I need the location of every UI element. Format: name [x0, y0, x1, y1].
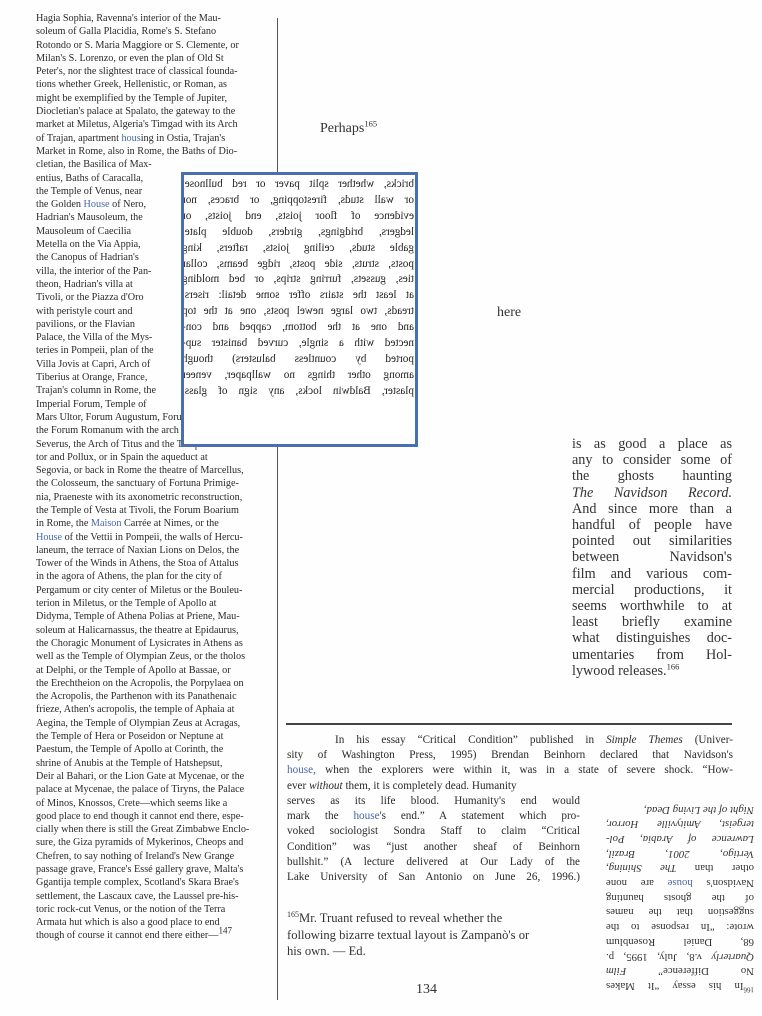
footnote-line: tergeist, Amityville Horror,	[606, 817, 754, 832]
text-line: at Delphi, or the Temple of Apollo at Ba…	[36, 665, 231, 676]
text-line: cletian, the Basilica of Max-	[36, 159, 152, 170]
mirrored-line: among other things no wallpaper, veneer	[182, 368, 414, 384]
footnote-number: 166	[744, 986, 755, 994]
house-word: House	[84, 199, 110, 210]
text-line: in Rome, the Maison Carrée at Nimes, or …	[36, 518, 219, 529]
text-fragment: Navidson's	[693, 877, 754, 889]
text-line: Peter's, nor the slightest trace of clas…	[36, 66, 238, 77]
footnote-line: suggestion that the names	[606, 905, 754, 920]
page-number: 134	[416, 982, 437, 998]
text-line: Trajan's column in Rome, the	[36, 385, 156, 396]
text-line: soleum at Halicarnassus, the theatre at …	[36, 625, 239, 636]
text-fragment: In his essay “It Makes	[606, 980, 744, 992]
text-fragment: mark the	[287, 810, 353, 822]
perhaps-word: Perhaps165	[320, 121, 377, 137]
text-line: entius, Baths of Caracalla,	[36, 173, 143, 184]
text-line: market at Miletus, Algeria's Timgad with…	[36, 119, 238, 130]
house-word: hous	[121, 133, 140, 144]
text-line: mercial productions, it	[572, 582, 732, 598]
footnote-line: of the ghosts haunting	[606, 890, 754, 905]
text-line: the ghosts haunting	[572, 468, 732, 484]
footnote-ref-166: 166	[667, 661, 680, 671]
text-line: Villa Jovis at Capri, Arch of	[36, 359, 150, 370]
text-line: Aegina, the Temple of Olympian Zeus at A…	[36, 718, 240, 729]
text-line: umentaries from Hol-	[572, 647, 732, 663]
text-line: Palace, the Villa of the Mys-	[36, 332, 152, 343]
text-fragment: are none	[606, 877, 668, 889]
text-line: Hagia Sophia, Ravenna's interior of the …	[36, 13, 221, 24]
house-word: house,	[287, 764, 316, 776]
text-line: settlement, the Lascaux cave, the Lausse…	[36, 891, 239, 902]
text-line: passage grave, France's Essé gallery gra…	[36, 864, 243, 875]
mirrored-line: gable studs, ceiling joists, rafters, ki…	[182, 241, 414, 257]
footnote-text: Mr. Truant refused to reveal whether the…	[287, 911, 529, 958]
mirrored-line: ties, gussets, furring strips, or bed mo…	[182, 272, 414, 288]
footnote-165: 165Mr. Truant refused to reveal whether …	[287, 910, 547, 960]
text-line: Market in Rome, also in Rome, the Baths …	[36, 146, 237, 157]
text-line: well as the Temple of Olympian Zeus, or …	[36, 651, 245, 662]
text-line: good place to end though it cannot end t…	[36, 811, 244, 822]
footnote-line: In his essay “Critical Condition” publis…	[287, 733, 733, 748]
text-fragment: of Trajan, apartment	[36, 133, 121, 144]
text-line: teries in Pompeii, plan of the	[36, 345, 154, 356]
text-line: Paestum, the Temple of Apollo at Corinth…	[36, 744, 223, 755]
mirrored-line: treads, two large newel posts, one at th…	[182, 304, 414, 320]
film-title: The Shining,	[606, 862, 676, 874]
text-line: seems worthwhile to at	[572, 598, 732, 614]
text-line: is as good a place as	[572, 436, 732, 452]
footnote-line: Lawrence of Arabia, Pol-	[606, 831, 754, 846]
text-line: the Temple of Hera or Poseidon or Neptun…	[36, 731, 224, 742]
text-line: frieze, Athen's acropolis, the temple of…	[36, 704, 234, 715]
maison-word: Maison	[91, 518, 122, 529]
text-line: pavilions, or the Flavian	[36, 319, 135, 330]
text-line: any to consider some of	[572, 452, 732, 468]
footnote-line: 68, Daniel Rosenblum	[606, 934, 754, 949]
text-line: villa, the interior of the Pan-	[36, 266, 151, 277]
here-word: here	[497, 305, 521, 321]
text-line: with peristyle court and	[36, 306, 132, 317]
text-line: lywood releases.166	[572, 663, 732, 679]
text-fragment: lywood releases.	[572, 663, 667, 679]
text-fragment: other than	[676, 862, 754, 874]
text-line: Segovia, or back in Rome the theatre of …	[36, 465, 244, 476]
text-line: Mausoleum of Caecilia	[36, 226, 131, 237]
text-line: Ggantija temple complex, Scotland's Skar…	[36, 877, 239, 888]
house-word: house	[353, 810, 379, 822]
footnote-line: wrote: “In response to the	[606, 919, 754, 934]
text-line: sure, the Giza pyramids of Mykerinos, Ch…	[36, 837, 243, 848]
text-line: pointed out similarities	[572, 533, 732, 549]
mirrored-line: plaster, Baldwin locks, any sign of glas…	[182, 384, 414, 400]
text-fragment: (Univer-	[683, 734, 733, 746]
text-line: the Acropolis, the Parthenon with its Pa…	[36, 691, 237, 702]
footnote-line: 166In his essay “It Makes	[606, 978, 754, 993]
left-column-text: Hagia Sophia, Ravenna's interior of the …	[36, 12, 266, 943]
text-line: toric rock-cut Venus, or the notion of t…	[36, 904, 225, 915]
footnote-line: Quarterly v.8, July, 1995, p.	[606, 949, 754, 964]
footnote-ref-165: 165	[364, 118, 377, 128]
footnote-ref-147: 147	[218, 926, 232, 936]
mirrored-line: bricks, whether split paver or red bulln…	[182, 177, 414, 193]
text-line: Rotondo or S. Maria Maggiore or S. Cleme…	[36, 40, 239, 51]
narrow-text-block: cletian, the Basilica of Max- entius, Ba…	[36, 158, 176, 411]
house-word: house	[668, 877, 693, 889]
footnote-166-upside-down: 166In his essay “It Makes No Difference”…	[606, 793, 754, 993]
mirrored-line: posts, struts, side posts, ridge beams, …	[182, 257, 414, 273]
footnote-line: Condition” was “just another sheaf of Be…	[287, 840, 580, 855]
footnote-line: Vertigo, 2001, Brazil,	[606, 846, 754, 861]
text-line: film and various com-	[572, 566, 732, 582]
text-fragment: ing in Ostia, Trajan's	[141, 133, 225, 144]
text-line: palace at Mycenae, the palace of Tiryns,…	[36, 784, 244, 795]
journal-title: Film	[606, 965, 626, 977]
footnote-line: Navidson's house are none	[606, 875, 754, 890]
text-line: least briefly examine	[572, 614, 732, 630]
text-line: Pergamum or city center of Miletus or th…	[36, 585, 242, 596]
film-titles: Vertigo, 2001, Brazil,	[606, 848, 754, 860]
text-line: in the agora of Athens, the plan for the…	[36, 571, 222, 582]
column-divider	[277, 18, 278, 1000]
footnote-line: other than The Shining,	[606, 861, 754, 876]
text-fragment: in Rome, the	[36, 518, 91, 529]
text-fragment: Carrée at Nimes, or the	[121, 518, 218, 529]
film-title: The Navidson Record.	[572, 485, 732, 501]
text-line: terion in Miletus, or the Temple of Apol…	[36, 598, 216, 609]
text-fragment: of Nero,	[110, 199, 147, 210]
footnote-line: No Difference” Film	[606, 964, 754, 979]
text-line: Tower of the Winds in Athens, the Stoa o…	[36, 558, 238, 569]
text-line: handful of people have	[572, 517, 732, 533]
footnote-line: mark the house's end.” A statement which…	[287, 809, 580, 824]
mirrored-text: bricks, whether split paver or red bulln…	[182, 177, 414, 400]
text-fragment: ever	[287, 780, 309, 792]
emphasis: without	[309, 780, 343, 792]
text-line: Tiberius at Orange, France,	[36, 372, 147, 383]
mirrored-line: and one at the bottom, capped and con-	[182, 320, 414, 336]
film-titles: tergeist, Amityville Horror,	[606, 818, 754, 830]
text-fragment: In his essay “Critical Condition” publis…	[335, 734, 606, 746]
house-word: House	[36, 532, 62, 543]
text-fragment: v.8, July, 1995, p.	[606, 951, 711, 963]
text-line: Chefren, to say nothing of Ireland's New…	[36, 851, 234, 862]
text-line: Diocletian's palace at Spalato, the gate…	[36, 106, 235, 117]
book-title: Simple Themes	[606, 734, 683, 746]
text-line: And since more than a	[572, 501, 732, 517]
footnote-line: house, when the explorers were within it…	[287, 763, 733, 778]
footnote-164-continued: serves as its life blood. Humanity's end…	[287, 794, 580, 885]
text-line: House of the Vettii in Pompeii, the wall…	[36, 532, 243, 543]
text-line: nia, Praeneste with its axonometric reco…	[36, 492, 242, 503]
text-fragment: 's end.” A statement which pro-	[380, 810, 580, 822]
footnote-line: voked sociologist Sondra Staff to claim …	[287, 824, 580, 839]
footnote-line: Lake University of San Antonio on June 2…	[287, 870, 580, 885]
text-fragment: No Difference”	[626, 965, 754, 977]
text-line: soleum of Galla Placidia, Rome's S. Stef…	[36, 26, 216, 37]
text-line: Armata hut which is also a good place to…	[36, 917, 220, 928]
mirrored-line: ledgers, bridgings, girders, double plat…	[182, 225, 414, 241]
text-line: tions whether Greek, Hellenistic, or Rom…	[36, 79, 227, 90]
footnote-line: sity of Washington Press, 1995) Brendan …	[287, 748, 733, 763]
mirrored-line: evidence of floor joists, end joists, or	[182, 209, 414, 225]
text-line: what distinguishes doc-	[572, 630, 732, 646]
text-line: the Temple of Vesta at Tivoli, the Forum…	[36, 505, 239, 516]
text-fragment: when the explorers were within it, was i…	[316, 764, 733, 776]
text-line: Imperial Forum, Temple of	[36, 399, 147, 410]
text-line: laneum, the terrace of Naxian Lions on D…	[36, 545, 239, 556]
text-line: the Golden House of Nero,	[36, 199, 146, 210]
footnote-line: Night of the Living Dead,	[606, 802, 754, 817]
footnote-number: 165	[287, 910, 299, 919]
journal-title: Quarterly	[711, 951, 754, 963]
text-line: the Colosseum, the sanctuary of Fortuna …	[36, 478, 239, 489]
mirrored-text-box: bricks, whether split paver or red bulln…	[181, 172, 418, 447]
text-fragment: them, it is completely dead. Humanity	[343, 780, 517, 792]
text-line: Didyma, Temple of Athena Polias at Prien…	[36, 611, 240, 622]
text-line: Metella on the Via Appia,	[36, 239, 141, 250]
book-page: Hagia Sophia, Ravenna's interior of the …	[0, 0, 762, 1016]
footnote-separator	[286, 723, 732, 725]
mirrored-line: ported by countless balusters) though	[182, 352, 414, 368]
text-line: the Erechtheion on the Acropolis, the Po…	[36, 678, 244, 689]
text-line: between Navidson's	[572, 549, 732, 565]
footnote-line: serves as its life blood. Humanity's end…	[287, 794, 580, 809]
footnote-164: In his essay “Critical Condition” publis…	[287, 733, 733, 794]
text-line: Deir al Bahari, or the Lion Gate at Myce…	[36, 771, 244, 782]
text-fragment: of the Vettii in Pompeii, the walls of H…	[62, 532, 243, 543]
text-line-italic: The Navidson Record.	[572, 485, 732, 501]
text-line: the Choragic Monument of Lysicrates in A…	[36, 638, 243, 649]
text-line: cially when there is still the Great Zim…	[36, 824, 249, 835]
text-line: might be exemplified by the Temple of Ju…	[36, 93, 227, 104]
text-line: though of course it cannot end there eit…	[36, 930, 232, 941]
mirrored-line: nected with a single, curved banister su…	[182, 336, 414, 352]
text-fragment: though of course it cannot end there eit…	[36, 930, 218, 941]
text-line: the Temple of Venus, near	[36, 186, 142, 197]
text-line: shrine of Anubis at the Temple of Hatshe…	[36, 758, 222, 769]
text-line: tor and Pollux, or in Spain the aqueduct…	[36, 452, 208, 463]
text-line: Hadrian's Mausoleum, the	[36, 212, 143, 223]
mirrored-line: or wall studs, firestopping, or braces, …	[182, 193, 414, 209]
film-titles: Lawrence of Arabia, Pol-	[606, 833, 754, 845]
text-line: Tivoli, or the Piazza d'Oro	[36, 292, 144, 303]
right-column-text: is as good a place as any to consider so…	[572, 436, 732, 679]
text-line: Milan's S. Lorenzo, or even the plan of …	[36, 53, 224, 64]
text-line: of Trajan, apartment housing in Ostia, T…	[36, 133, 225, 144]
mirrored-line: at least the stairs offer some detail: r…	[182, 288, 414, 304]
footnote-line: bullshit.” (A lecture delivered at Our L…	[287, 855, 580, 870]
footnote-line: ever without them, it is completely dead…	[287, 779, 733, 794]
perhaps-text: Perhaps	[320, 121, 364, 136]
text-line: of Minos, Knossos, Crete—which seems lik…	[36, 798, 227, 809]
text-fragment: the Golden	[36, 199, 84, 210]
text-line: the Canopus of Hadrian's	[36, 252, 139, 263]
film-titles: Night of the Living Dead,	[644, 804, 754, 816]
text-line: theon, Hadrian's villa at	[36, 279, 133, 290]
